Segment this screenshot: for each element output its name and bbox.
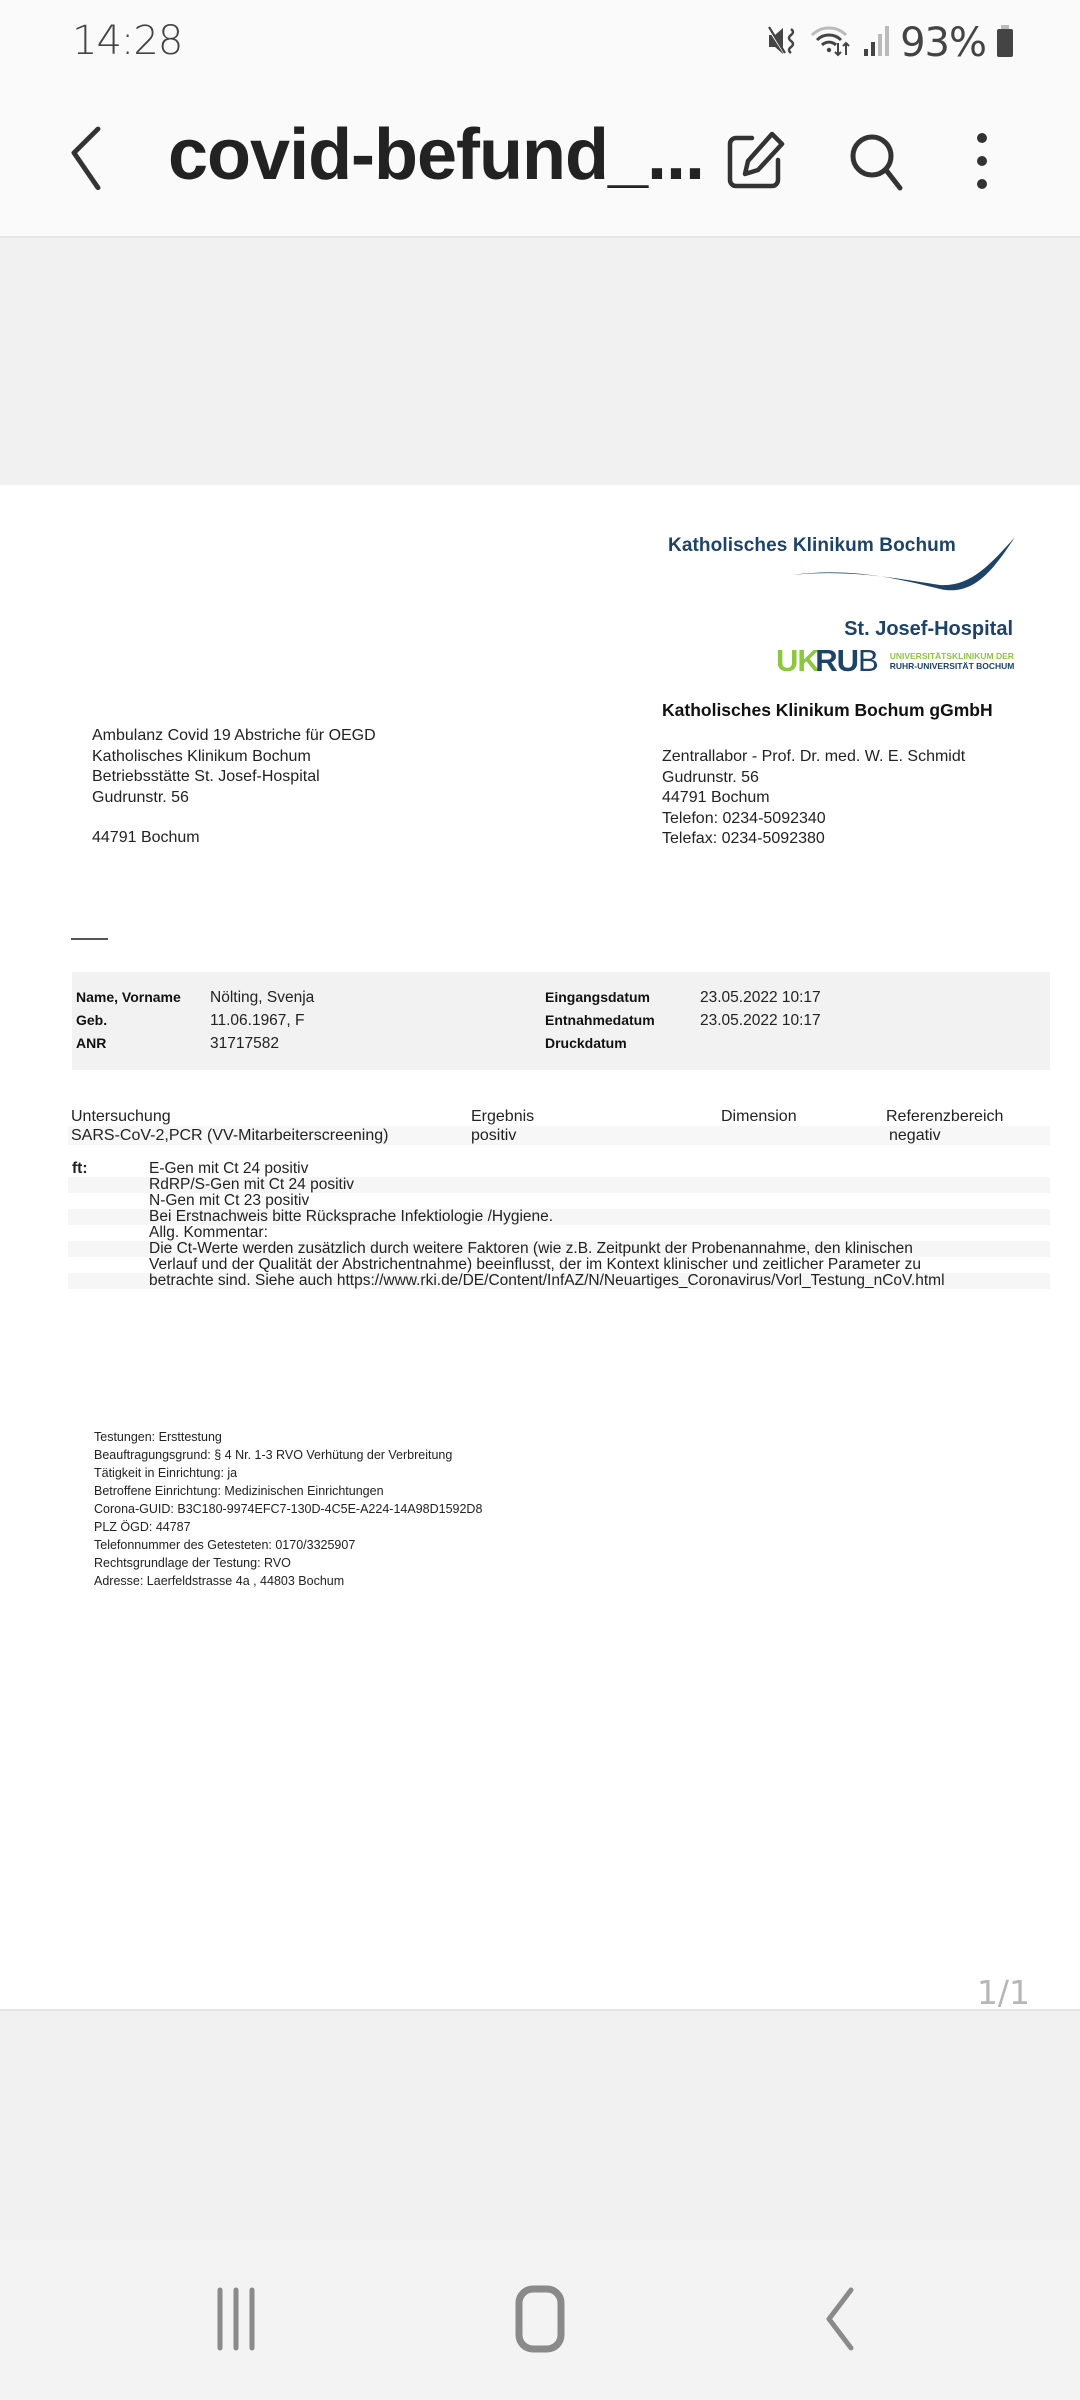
patient-birth-row: Geb.11.06.1967, F — [76, 1009, 314, 1032]
back-button[interactable] — [60, 122, 124, 202]
back-icon — [60, 122, 124, 202]
note-line: Tätigkeit in Einrichtung: ja — [94, 1464, 482, 1482]
battery-icon — [994, 23, 1016, 64]
test-metadata-notes: Testungen: Ersttestung Beauftragungsgrun… — [94, 1428, 482, 1590]
system-back-button[interactable] — [800, 2284, 880, 2354]
received-date-row: Eingangsdatum23.05.2022 10:17 — [545, 986, 821, 1009]
recipient-line: Gudrunstr. 56 — [92, 788, 376, 809]
logo-rub: RUB — [815, 643, 877, 678]
test-name: SARS-CoV-2,PCR (VV-Mitarbeiterscreening) — [68, 1126, 471, 1145]
sender-line: 44791 Bochum — [662, 788, 965, 809]
finding-line: N-Gen mit Ct 23 positiv — [68, 1193, 1050, 1209]
recipient-line: Ambulanz Covid 19 Abstriche für OEGD — [92, 726, 376, 747]
sample-dates: Eingangsdatum23.05.2022 10:17 Entnahmeda… — [545, 986, 821, 1055]
finding-line: betrachte sind. Siehe auch https://www.r… — [68, 1273, 1050, 1289]
navigation-bar — [0, 2240, 1080, 2400]
findings-section: ft:E-Gen mit Ct 24 positiv RdRP/S-Gen mi… — [68, 1161, 1050, 1289]
edit-button[interactable] — [722, 126, 792, 196]
patient-name-row: Name, VornameNölting, Svenja — [76, 986, 314, 1009]
company-name: Katholisches Klinikum Bochum gGmbH — [662, 700, 993, 721]
search-icon — [842, 126, 912, 196]
app-bar: covid-befund_... — [0, 86, 1080, 238]
home-icon — [510, 2284, 570, 2354]
note-line: Adresse: Laerfeldstrasse 4a , 44803 Boch… — [94, 1572, 482, 1590]
col-unit: Dimension — [721, 1107, 886, 1126]
logo-swoosh-icon — [790, 537, 1015, 597]
sender-line: Zentrallabor - Prof. Dr. med. W. E. Schm… — [662, 747, 965, 768]
status-bar: 14:28 93% — [0, 0, 1080, 86]
col-result: Ergebnis — [471, 1107, 721, 1126]
page-indicator: 1/1 — [977, 1973, 1030, 2012]
table-row: SARS-CoV-2,PCR (VV-Mitarbeiterscreening)… — [68, 1126, 1050, 1145]
more-options-button[interactable] — [960, 126, 1004, 196]
finding-line: Bei Erstnachweis bitte Rücksprache Infek… — [68, 1209, 1050, 1225]
note-line: Betroffene Einrichtung: Medizinischen Ei… — [94, 1482, 482, 1500]
wifi-data-icon — [810, 23, 854, 64]
note-line: Telefonnummer des Getesteten: 0170/33259… — [94, 1536, 482, 1554]
recipient-address: Ambulanz Covid 19 Abstriche für OEGD Kat… — [92, 726, 376, 849]
signal-icon — [862, 23, 892, 64]
more-options-icon — [960, 126, 1004, 196]
sender-line: Gudrunstr. 56 — [662, 768, 965, 789]
collection-date-row: Entnahmedatum23.05.2022 10:17 — [545, 1009, 821, 1032]
note-line: Testungen: Ersttestung — [94, 1428, 482, 1446]
note-line: PLZ ÖGD: 44787 — [94, 1518, 482, 1536]
finding-line: Die Ct-Werte werden zusätzlich durch wei… — [68, 1241, 1050, 1257]
logo-st-josef-hospital: St. Josef-Hospital — [844, 618, 1013, 641]
sender-address: Zentrallabor - Prof. Dr. med. W. E. Schm… — [662, 747, 965, 850]
note-line: Corona-GUID: B3C180-9974EFC7-130D-4C5E-A… — [94, 1500, 482, 1518]
results-table: Untersuchung Ergebnis Dimension Referenz… — [68, 1107, 1050, 1145]
viewer-background — [0, 240, 1080, 485]
findings-label: ft: — [68, 1161, 149, 1177]
battery-percent: 93% — [900, 20, 986, 66]
status-icons: 93% — [766, 18, 1016, 68]
mute-vibrate-icon — [766, 23, 802, 64]
test-result: positiv — [471, 1126, 721, 1145]
finding-line: Allg. Kommentar: — [68, 1225, 1050, 1241]
patient-details: Name, VornameNölting, Svenja Geb.11.06.1… — [76, 986, 314, 1055]
print-date-row: Druckdatum — [545, 1032, 821, 1055]
patient-anr-row: ANR31717582 — [76, 1032, 314, 1055]
col-reference: Referenzbereich — [886, 1107, 1050, 1126]
pdf-page[interactable]: Katholisches Klinikum Bochum St. Josef-H… — [0, 485, 1080, 2011]
logo-ukrub: UK RUB UNIVERSITÄTSKLINIKUM DER RUHR-UNI… — [776, 643, 1014, 679]
sender-phone: Telefon: 0234-5092340 — [662, 809, 965, 830]
recent-apps-button[interactable] — [196, 2284, 276, 2354]
sender-fax: Telefax: 0234-5092380 — [662, 829, 965, 850]
search-button[interactable] — [842, 126, 912, 196]
recent-apps-icon — [211, 2284, 261, 2354]
status-time: 14:28 — [72, 18, 182, 64]
finding-line: ft:E-Gen mit Ct 24 positiv — [68, 1161, 1050, 1177]
recipient-city: 44791 Bochum — [92, 828, 376, 849]
recipient-line: Betriebsstätte St. Josef-Hospital — [92, 767, 376, 788]
test-reference: negativ — [886, 1126, 1050, 1145]
logo-ukrub-subtitle: UNIVERSITÄTSKLINIKUM DER RUHR-UNIVERSITÄ… — [890, 651, 1015, 671]
test-unit — [721, 1126, 886, 1145]
edit-icon — [722, 126, 792, 196]
finding-line: Verlauf und der Qualität der Abstrichent… — [68, 1257, 1050, 1273]
divider — [71, 938, 108, 940]
col-test: Untersuchung — [68, 1107, 471, 1126]
results-header: Untersuchung Ergebnis Dimension Referenz… — [68, 1107, 1050, 1126]
finding-line: RdRP/S-Gen mit Ct 24 positiv — [68, 1177, 1050, 1193]
document-title: covid-befund_... — [168, 114, 704, 196]
logo-uk: UK — [776, 643, 819, 678]
back-icon — [815, 2284, 865, 2354]
recipient-line: Katholisches Klinikum Bochum — [92, 747, 376, 768]
patient-info-box: Name, VornameNölting, Svenja Geb.11.06.1… — [72, 972, 1050, 1070]
note-line: Rechtsgrundlage der Testung: RVO — [94, 1554, 482, 1572]
home-button[interactable] — [500, 2284, 580, 2354]
note-line: Beauftragungsgrund: § 4 Nr. 1-3 RVO Verh… — [94, 1446, 482, 1464]
